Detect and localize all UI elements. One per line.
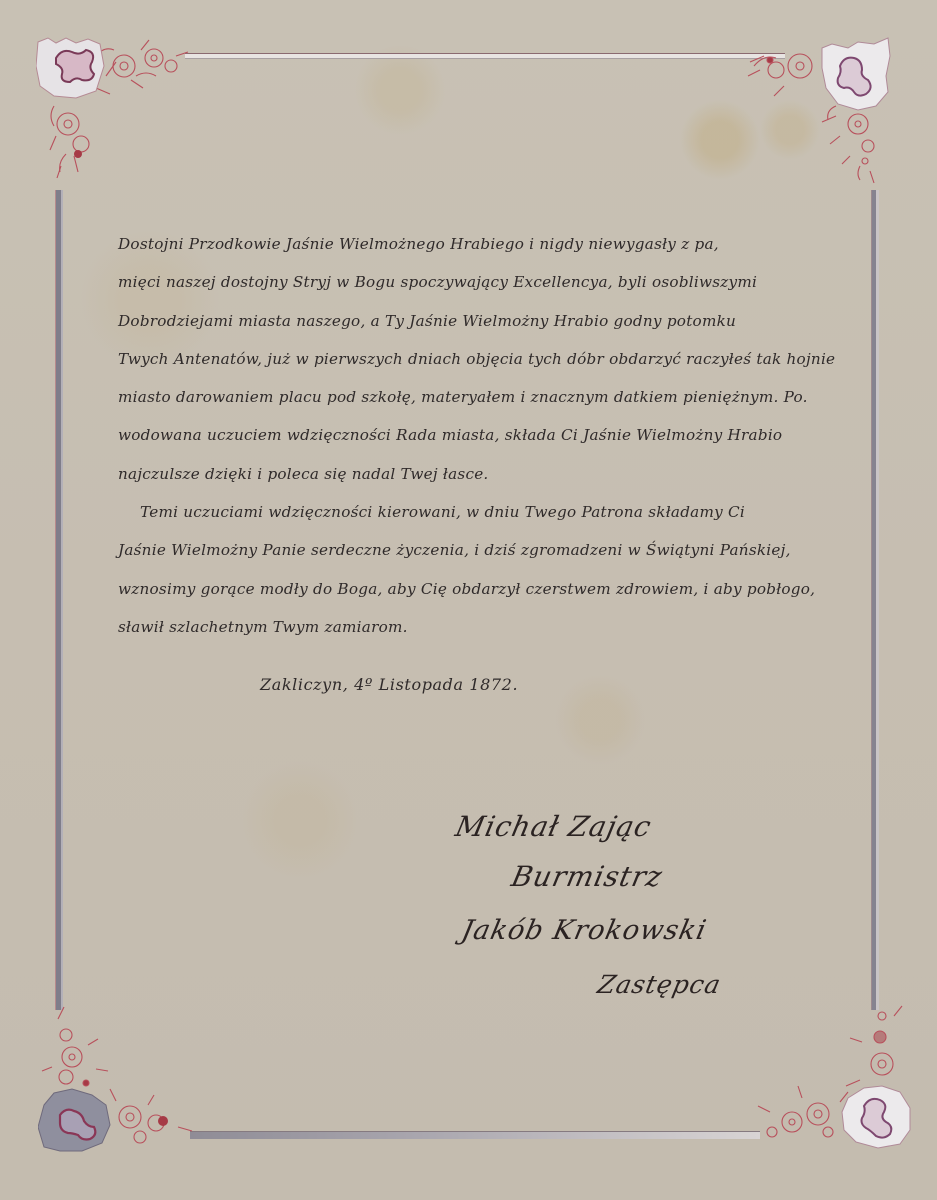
- border-bottom-silver-rule: [190, 1131, 760, 1139]
- body-line-7: najczulsze dzięki i poleca się nadal Twe…: [118, 455, 828, 493]
- signature-mayor-name: Michał Zając: [452, 810, 654, 843]
- floral-corner-bottom-left-icon: [38, 1005, 198, 1155]
- border-right-silver-rule: [871, 190, 879, 1010]
- signature-deputy-name: Jakób Krokowski: [459, 915, 710, 946]
- signature-deputy-title: Zastępca: [595, 970, 724, 999]
- address-body-text: Dostojni Przodkowie Jaśnie Wielmożnego H…: [118, 225, 828, 646]
- floral-corner-top-left-icon: [36, 36, 196, 186]
- body-line-2: mięci naszej dostojny Stryj w Bogu spocz…: [118, 263, 828, 301]
- body-line-1: Dostojni Przodkowie Jaśnie Wielmożnego H…: [118, 225, 828, 263]
- body-line-10: wznosimy gorące modły do Boga, aby Cię o…: [118, 570, 828, 608]
- border-left-silver-rule: [55, 190, 63, 1010]
- signature-mayor-title: Burmistrz: [508, 860, 665, 893]
- border-top-silver-rule: [185, 53, 785, 59]
- body-line-8: Temi uczuciami wdzięczności kierowani, w…: [118, 493, 828, 531]
- document-page: Dostojni Przodkowie Jaśnie Wielmożnego H…: [0, 0, 937, 1200]
- body-line-3: Dobrodziejami miasta naszego, a Ty Jaśni…: [118, 302, 828, 340]
- body-line-5: miasto darowaniem placu pod szkołę, mate…: [118, 378, 828, 416]
- body-line-9: Jaśnie Wielmożny Panie serdeczne życzeni…: [118, 531, 828, 569]
- place-and-date: Zakliczyn, 4º Listopada 1872.: [260, 675, 518, 694]
- body-line-4: Twych Antenatów, już w pierwszych dniach…: [118, 340, 828, 378]
- signature-block: Michał Zając Burmistrz Jakób Krokowski Z…: [450, 810, 810, 1030]
- body-line-11: sławił szlachetnym Twym zamiarom.: [118, 608, 828, 646]
- floral-corner-top-right-icon: [740, 36, 900, 186]
- body-line-6: wodowana uczuciem wdzięczności Rada mias…: [118, 416, 828, 454]
